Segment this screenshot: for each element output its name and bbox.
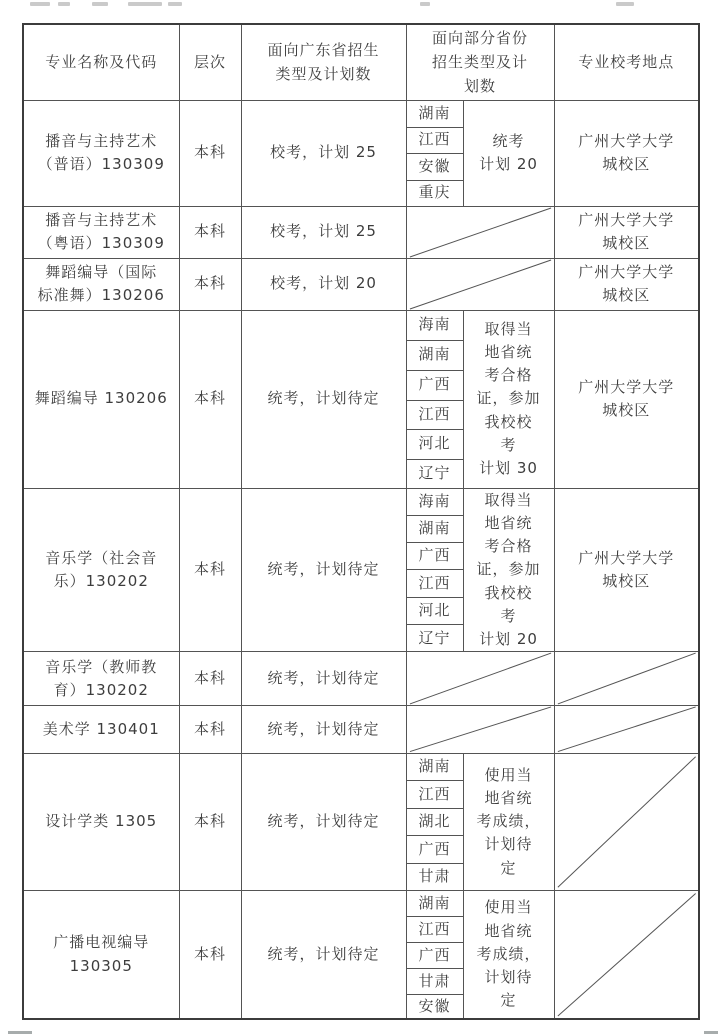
cell-guangdong-plan: 统考，计划待定 — [241, 310, 406, 488]
cell-province: 安徽 — [406, 153, 463, 180]
cell-province: 江西 — [406, 569, 463, 597]
cell-major: 播音与主持艺术 （粤语）130309 — [23, 206, 179, 258]
cell-province: 辽宁 — [406, 625, 463, 652]
cell-province: 江西 — [406, 127, 463, 153]
table-header-row: 专业名称及代码 层次 面向广东省招生 类型及计划数 面向部分省份 招生类型及计 … — [23, 24, 699, 100]
cell-diagonal — [406, 652, 554, 706]
table-row: 音乐学（社会音 乐）130202 本科 统考，计划待定 海南 取得当 地省统 考… — [23, 488, 699, 515]
cell-level: 本科 — [179, 206, 241, 258]
cell-province: 河北 — [406, 429, 463, 459]
cell-province: 辽宁 — [406, 459, 463, 488]
cell-guangdong-plan: 统考，计划待定 — [241, 753, 406, 890]
cell-guangdong-plan: 校考，计划 25 — [241, 100, 406, 206]
cell-province: 湖南 — [406, 515, 463, 542]
cell-guangdong-plan: 统考，计划待定 — [241, 652, 406, 706]
cell-province: 江西 — [406, 400, 463, 429]
cell-province: 江西 — [406, 780, 463, 808]
cell-major: 广播电视编导 130305 — [23, 890, 179, 1019]
cell-province: 江西 — [406, 916, 463, 942]
cell-location: 广州大学大学 城校区 — [554, 258, 699, 310]
cutoff-text-artifact — [92, 2, 108, 6]
page-bottom-artifact — [8, 1031, 32, 1034]
cell-major: 音乐学（教师教 育）130202 — [23, 652, 179, 706]
cell-province: 安徽 — [406, 994, 463, 1019]
diagonal-slash-icon — [407, 652, 554, 705]
diagonal-slash-icon — [555, 754, 699, 890]
cutoff-text-artifact — [128, 2, 162, 6]
cell-guangdong-plan: 统考，计划待定 — [241, 706, 406, 754]
cell-province: 湖南 — [406, 340, 463, 370]
cell-major: 舞蹈编导 130206 — [23, 310, 179, 488]
cell-province: 河北 — [406, 597, 463, 624]
cell-province: 重庆 — [406, 180, 463, 206]
cell-major: 美术学 130401 — [23, 706, 179, 754]
cell-level: 本科 — [179, 652, 241, 706]
cutoff-text-artifact — [58, 2, 70, 6]
cell-diagonal — [406, 206, 554, 258]
cell-guangdong-plan: 校考，计划 25 — [241, 206, 406, 258]
cell-province: 湖南 — [406, 100, 463, 127]
cell-province: 海南 — [406, 310, 463, 340]
cell-major: 舞蹈编导（国际 标准舞）130206 — [23, 258, 179, 310]
cell-province: 广西 — [406, 542, 463, 569]
cell-level: 本科 — [179, 310, 241, 488]
diagonal-slash-icon — [407, 259, 554, 310]
table-row: 播音与主持艺术 （普语）130309 本科 校考，计划 25 湖南 统考 计划 … — [23, 100, 699, 127]
diagonal-slash-icon — [555, 652, 699, 705]
cell-province: 广西 — [406, 370, 463, 400]
cell-location: 广州大学大学 城校区 — [554, 206, 699, 258]
table-row: 舞蹈编导 130206 本科 统考，计划待定 海南 取得当 地省统 考合格 证，… — [23, 310, 699, 340]
cell-province: 甘肃 — [406, 968, 463, 994]
cell-level: 本科 — [179, 753, 241, 890]
cell-diagonal — [554, 706, 699, 754]
cell-other-plan: 统考 计划 20 — [463, 100, 554, 206]
table-row: 美术学 130401 本科 统考，计划待定 — [23, 706, 699, 754]
table-row: 播音与主持艺术 （粤语）130309 本科 校考，计划 25 广州大学大学 城校… — [23, 206, 699, 258]
cell-guangdong-plan: 统考，计划待定 — [241, 890, 406, 1019]
col-header-other-provinces: 面向部分省份 招生类型及计 划数 — [406, 24, 554, 100]
cell-province: 湖南 — [406, 890, 463, 916]
cell-province: 海南 — [406, 488, 463, 515]
cell-province: 甘肃 — [406, 863, 463, 890]
cell-other-plan: 使用当 地省统 考成绩， 计划待 定 — [463, 890, 554, 1019]
diagonal-slash-icon — [555, 891, 699, 1019]
col-header-guangdong: 面向广东省招生 类型及计划数 — [241, 24, 406, 100]
cell-major: 音乐学（社会音 乐）130202 — [23, 488, 179, 652]
page-bottom-artifact — [704, 1031, 718, 1034]
cutoff-text-artifact — [168, 2, 182, 6]
cell-level: 本科 — [179, 100, 241, 206]
cutoff-text-artifact — [30, 2, 50, 6]
cell-other-plan: 取得当 地省统 考合格 证，参加 我校校 考 计划 30 — [463, 310, 554, 488]
cell-province: 湖南 — [406, 753, 463, 780]
cell-province: 湖北 — [406, 808, 463, 835]
document-page: 专业名称及代码 层次 面向广东省招生 类型及计划数 面向部分省份 招生类型及计 … — [0, 0, 720, 1036]
cutoff-text-artifact — [420, 2, 430, 6]
cell-level: 本科 — [179, 890, 241, 1019]
col-header-level: 层次 — [179, 24, 241, 100]
table-row: 舞蹈编导（国际 标准舞）130206 本科 校考，计划 20 广州大学大学 城校… — [23, 258, 699, 310]
table-row: 广播电视编导 130305 本科 统考，计划待定 湖南 使用当 地省统 考成绩，… — [23, 890, 699, 916]
table-row: 音乐学（教师教 育）130202 本科 统考，计划待定 — [23, 652, 699, 706]
cell-other-plan: 使用当 地省统 考成绩， 计划待 定 — [463, 753, 554, 890]
cell-location: 广州大学大学 城校区 — [554, 310, 699, 488]
cell-diagonal — [554, 753, 699, 890]
cell-diagonal — [406, 706, 554, 754]
cell-location: 广州大学大学 城校区 — [554, 100, 699, 206]
cell-other-plan: 取得当 地省统 考合格 证，参加 我校校 考 计划 20 — [463, 488, 554, 652]
diagonal-slash-icon — [407, 207, 554, 258]
cell-level: 本科 — [179, 706, 241, 754]
cell-guangdong-plan: 校考，计划 20 — [241, 258, 406, 310]
table-row: 设计学类 1305 本科 统考，计划待定 湖南 使用当 地省统 考成绩， 计划待… — [23, 753, 699, 780]
cell-diagonal — [554, 652, 699, 706]
cell-province: 广西 — [406, 835, 463, 863]
cell-diagonal — [554, 890, 699, 1019]
col-header-major: 专业名称及代码 — [23, 24, 179, 100]
cell-major: 设计学类 1305 — [23, 753, 179, 890]
cell-level: 本科 — [179, 258, 241, 310]
cutoff-text-artifact — [616, 2, 634, 6]
diagonal-slash-icon — [555, 706, 699, 753]
cell-diagonal — [406, 258, 554, 310]
admissions-table: 专业名称及代码 层次 面向广东省招生 类型及计划数 面向部分省份 招生类型及计 … — [22, 23, 700, 1020]
cell-major: 播音与主持艺术 （普语）130309 — [23, 100, 179, 206]
cell-location: 广州大学大学 城校区 — [554, 488, 699, 652]
col-header-location: 专业校考地点 — [554, 24, 699, 100]
cell-guangdong-plan: 统考，计划待定 — [241, 488, 406, 652]
diagonal-slash-icon — [407, 706, 554, 753]
cell-level: 本科 — [179, 488, 241, 652]
cell-province: 广西 — [406, 942, 463, 968]
